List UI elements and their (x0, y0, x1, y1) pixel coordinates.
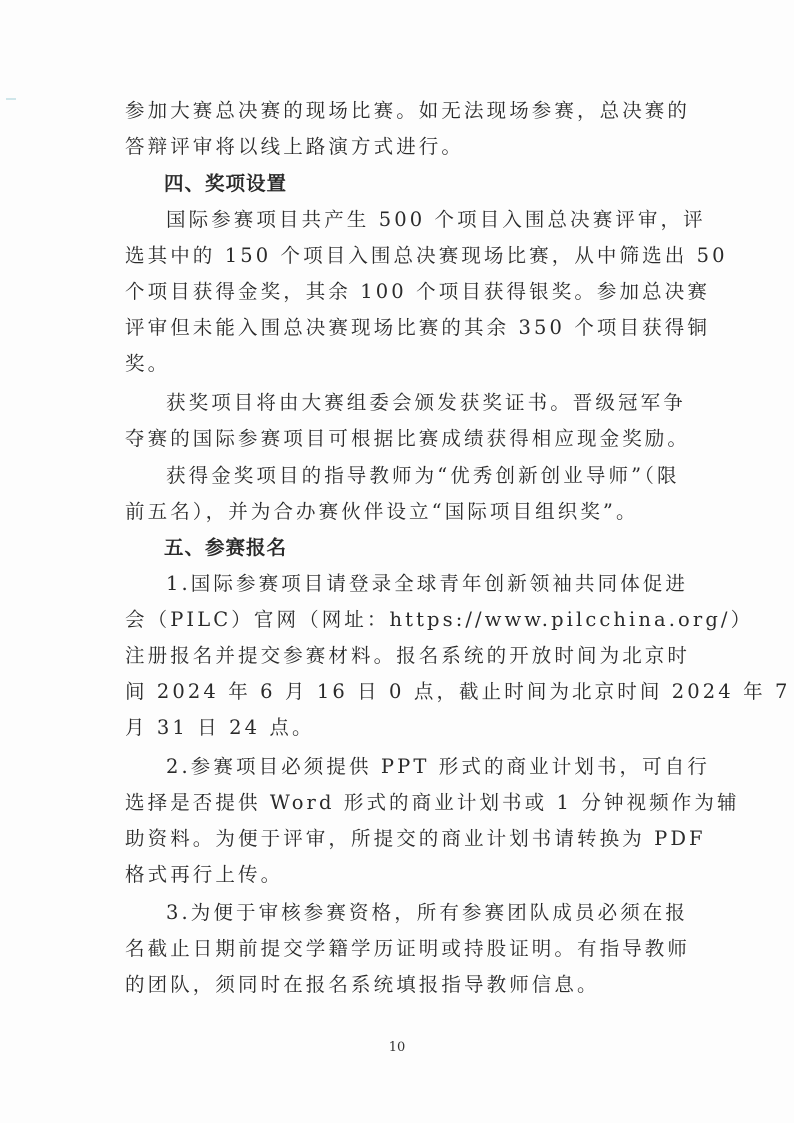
paragraph-line: 注册报名并提交参赛材料。报名系统的开放时间为北京时 (125, 638, 673, 674)
paragraph-line: 评审但未能入围总决赛现场比赛的其余 350 个项目获得铜 (125, 310, 673, 346)
paragraph-line: 2.参赛项目必须提供 PPT 形式的商业计划书，可自行 (166, 749, 673, 785)
paragraph-line: 的团队，须同时在报名系统填报指导教师信息。 (125, 967, 673, 1003)
section-heading: 五、参赛报名 (164, 530, 712, 566)
paragraph-line: 3.为便于审核参赛资格，所有参赛团队成员必须在报 (166, 895, 673, 931)
document-page: 参加大赛总决赛的现场比赛。如无法现场参赛，总决赛的答辩评审将以线上路演方式进行。… (0, 0, 794, 1123)
paragraph-line: 格式再行上传。 (125, 857, 673, 893)
paragraph-line: 参加大赛总决赛的现场比赛。如无法现场参赛，总决赛的 (125, 93, 673, 129)
paragraph-line: 名截止日期前提交学籍学历证明或持股证明。有指导教师 (125, 931, 673, 967)
scan-mark (6, 98, 16, 100)
page-number: 10 (0, 1040, 794, 1055)
paragraph-line: 夺赛的国际参赛项目可根据比赛成绩获得相应现金奖励。 (125, 421, 673, 457)
paragraph-line: 选其中的 150 个项目入围总决赛现场比赛，从中筛选出 50 (125, 238, 673, 274)
paragraph-line: 会（PILC）官网（网址：https://www.pilcchina.org/） (125, 602, 673, 638)
paragraph-line: 获奖项目将由大赛组委会颁发获奖证书。晋级冠军争 (166, 385, 673, 421)
paragraph-line: 间 2024 年 6 月 16 日 0 点，截止时间为北京时间 2024 年 7 (125, 674, 673, 710)
paragraph-line: 1.国际参赛项目请登录全球青年创新领袖共同体促进 (166, 566, 673, 602)
paragraph-line: 选择是否提供 Word 形式的商业计划书或 1 分钟视频作为辅 (125, 785, 673, 821)
paragraph-line: 助资料。为便于评审，所提交的商业计划书请转换为 PDF (125, 821, 673, 857)
section-heading: 四、奖项设置 (164, 166, 712, 202)
paragraph-line: 获得金奖项目的指导教师为“优秀创新创业导师”（限 (166, 458, 673, 494)
paragraph-line: 国际参赛项目共产生 500 个项目入围总决赛评审，评 (166, 202, 673, 238)
paragraph-line: 月 31 日 24 点。 (125, 710, 673, 746)
paragraph-line: 个项目获得金奖，其余 100 个项目获得银奖。参加总决赛 (125, 274, 673, 310)
paragraph-line: 答辩评审将以线上路演方式进行。 (125, 129, 673, 165)
paragraph-line: 前五名），并为合办赛伙伴设立“国际项目组织奖”。 (125, 494, 673, 530)
paragraph-line: 奖。 (125, 346, 673, 382)
